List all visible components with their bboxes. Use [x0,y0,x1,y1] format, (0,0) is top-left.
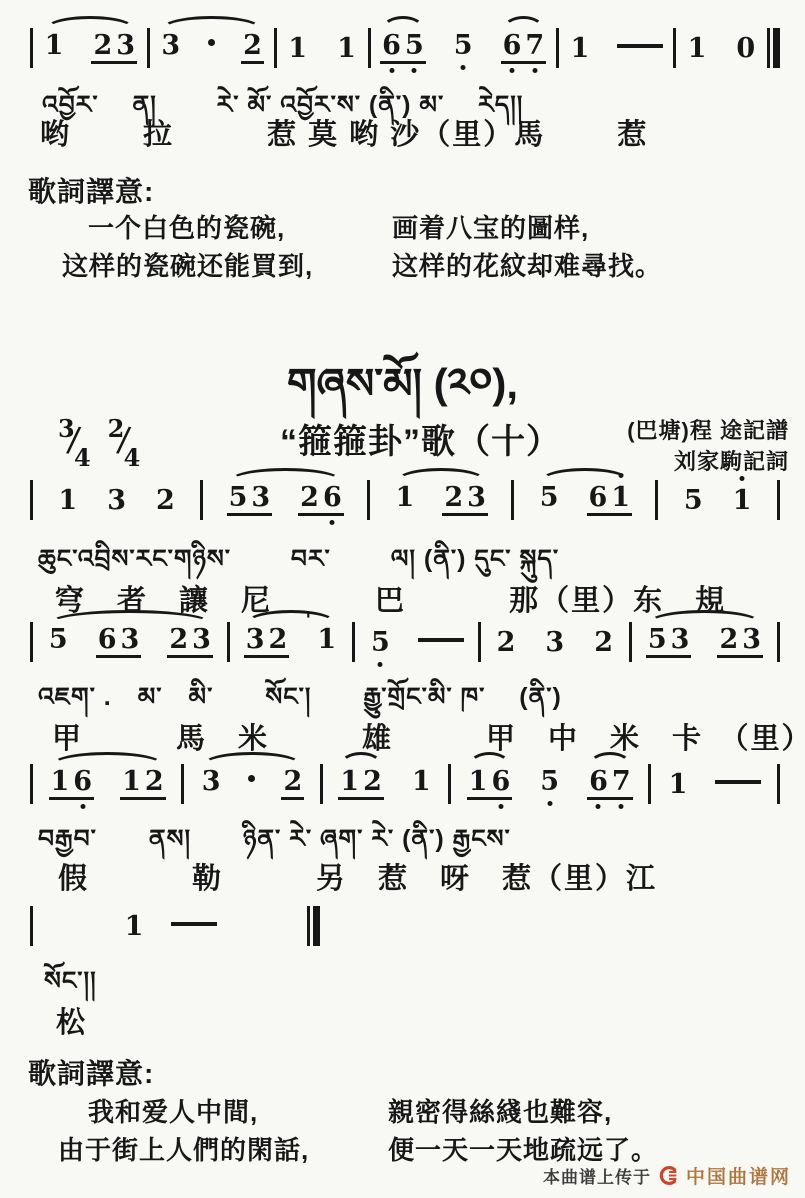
barline [556,28,559,68]
measure: 51 [674,487,762,514]
note-digit: 2 [281,768,304,795]
music-line-4: 1 [30,902,320,950]
note-token: 3 [200,768,223,795]
tick-mark: ' [305,611,311,630]
translation-cell: 由于街上人們的閑話, [58,1130,309,1167]
measure: 321' [236,626,346,658]
watermark-prefix: 本曲谱上传于 [543,1163,651,1188]
low-octave-dot [498,804,503,809]
watermark-site-name: 中国曲谱网 [686,1162,791,1189]
barline [648,764,651,804]
note-token [617,53,663,57]
slur-group: 16 [467,768,513,800]
note-digit: 1 [335,35,358,62]
note-token: 1 [667,771,690,798]
barline [773,28,780,68]
barline [655,480,658,520]
slur-group: 67 [587,768,633,800]
music-line-refrain: 123321165567110 [30,24,780,72]
ts-denominator: 4 [124,443,141,472]
note-token [715,789,761,793]
note-token: 23 [717,626,763,658]
note-token [248,783,255,790]
measure: 32 [151,32,272,64]
note-token: 5 [538,484,561,511]
note-digit: 6 [96,626,119,653]
barline [767,28,770,68]
song-title-chinese: “箍箍卦”歌（十） [280,414,561,463]
slur-group: 1612 [49,768,166,800]
translation-cell: 親密得絲綫也難容, [388,1092,612,1129]
note-token: 2 [154,487,177,514]
measure: 1 [560,35,671,62]
translation-heading-1: 歌詞譯意: [28,170,154,210]
note-token: 3 [159,32,182,59]
note-token: 1 [410,768,433,795]
note-digit: 5 [403,32,426,59]
note-digit: 3 [465,484,488,511]
note-digit: 3 [200,768,223,795]
augmentation-dot [248,775,255,782]
note-token: 5 [682,487,705,514]
barline [511,480,514,520]
note-digit: 6 [587,768,610,795]
note-token: 16 [467,768,513,800]
time-signature-3-4: 3 / 4 [55,416,99,470]
measure: 123 [35,32,145,64]
note-digit: 3 [740,626,763,653]
note-digit: 2 [241,32,264,59]
barline [30,764,33,804]
note-token: 63 [96,626,142,658]
note-digit: 2 [267,626,290,653]
note-dash [617,44,663,48]
translation-cell: 画着八宝的圖样, [392,208,589,245]
note-digit: 6 [501,32,524,59]
note-token [208,47,215,54]
measure: 65567 [372,32,554,64]
measure: 56323 [39,626,221,658]
note-token: 61 [587,484,633,516]
note-digit: 3 [244,626,267,653]
slur-group: 12 [338,768,384,800]
note-token: 3 [543,629,566,656]
note-digit: 5 [452,32,475,59]
note-token: 23 [91,32,137,64]
translation-cell: 这样的花紋却难尋找。 [392,246,662,283]
low-octave-dot [389,68,394,73]
high-octave-dot [740,476,745,481]
note-digit: 3 [114,32,137,59]
note-digit: 1 [394,484,417,511]
note-token: 53 [646,626,692,658]
note-token: 1' [315,626,338,653]
note-digit: 1 [120,768,143,795]
low-octave-dot [596,804,601,809]
note-token [418,647,464,651]
barline [777,622,780,662]
sheet-music-page: 123321165567110 འབྱོར་ ན། རེ་ མོ་ འབྱོར་… [0,0,805,1198]
note-token: 16 [49,768,95,800]
note-digit: 2 [442,484,465,511]
credit-transcriber: (巴塘)程 途記譜 [627,416,789,447]
note-token: 12 [120,768,166,800]
measure: 10 [678,35,766,62]
note-digit: 0 [734,35,757,62]
barline [629,622,632,662]
note-token: 1 [731,487,754,514]
note-token: 67 [587,768,633,800]
translation-cell: 一个白色的瓷碗, [88,208,285,245]
low-octave-dot [619,804,624,809]
measure: 5323 [638,626,771,658]
note-digit: 3 [249,484,272,511]
note-digit: 1 [315,626,338,653]
note-digit: 2 [495,629,518,656]
barline [777,764,780,804]
note-token: 5 [47,626,70,653]
note-digit: 1 [338,768,361,795]
barline [448,764,451,804]
note-token: 5 [369,629,392,656]
music-line-3: 161232121165671 [30,760,780,808]
note-digit: 2 [717,626,740,653]
augmentation-dot [208,39,215,46]
low-octave-dot [330,520,335,525]
credit-lyricist: 刘家駒記詞 [627,447,789,478]
note-token: 0 [734,35,757,62]
barline [320,764,323,804]
barline [274,28,277,68]
note-dash [715,780,761,784]
note-token: 23 [442,484,488,516]
translation-heading-2: 歌詞譯意: [28,1052,154,1092]
note-digit: 2 [154,487,177,514]
note-token: 1 [686,35,709,62]
note-digit: 5 [47,626,70,653]
note-token: 2 [592,629,615,656]
note-digit: 5 [682,487,705,514]
final-barline [767,28,780,68]
note-dash [418,638,464,642]
note-token: 1 [123,913,146,940]
note-digit: 6 [489,768,512,795]
measure: 11 [278,35,366,62]
credits: (巴塘)程 途記譜 刘家駒記詞 [627,416,789,478]
note-digit: 6 [321,484,344,511]
barline [30,480,33,520]
barline [478,622,481,662]
measure: 561 [530,484,640,516]
slur-group: 65 [380,32,426,64]
barline [673,28,676,68]
slur-group: 67 [501,32,547,64]
note-token: 12 [338,768,384,800]
note-digit: 1 [286,35,309,62]
note-digit: 1 [410,768,433,795]
note-digit: 5 [227,484,250,511]
measure: 5 [361,629,472,656]
note-token: 67 [501,32,547,64]
note-token: 2 [241,32,264,64]
barline [227,622,230,662]
note-digit: 3 [543,629,566,656]
note-digit: 5 [369,629,392,656]
note-token: 5 [452,32,475,59]
barline [30,28,33,68]
measure: 1 [659,771,770,798]
note-token: 1 [286,35,309,62]
slur-group: 5326 [227,484,344,516]
note-digit: 1 [56,487,79,514]
barline [30,906,33,946]
note-token: 65 [380,32,426,64]
barline [200,480,203,520]
barline [181,764,184,804]
note-digit: 2 [167,626,190,653]
note-token: 1 [56,487,79,514]
time-signature-2-4: 2 / 4 [105,416,149,470]
note-token: 1 [43,32,66,59]
low-octave-dot [547,801,552,806]
slur-group: 32 [200,768,305,800]
barline [313,906,320,946]
note-token: 1 [394,484,417,511]
note-digit: 3 [159,32,182,59]
low-octave-dot [461,65,466,70]
measure: 121 [330,768,440,800]
note-digit: 3 [190,626,213,653]
final-barline [307,906,320,946]
translation-cell: 这样的瓷碗还能買到, [62,246,313,283]
low-octave-dot [80,804,85,809]
note-digit: 2 [143,768,166,795]
translation-cell: 我和爱人中間, [88,1092,258,1129]
note-token: 32 [244,626,290,658]
note-token: 1 [568,35,591,62]
ts-denominator: 4 [74,443,91,472]
watermark: 本曲谱上传于 中国曲谱网 [543,1162,791,1189]
slur-group: 32 [159,32,264,64]
time-signatures: 3 / 4 2 / 4 [55,416,149,474]
slur-group: 123 [394,484,488,516]
measure: 32 [192,768,313,800]
slur-group: 561 [538,484,632,516]
note-token: 3 [105,487,128,514]
note-digit: 1 [467,768,490,795]
measure: 1612 [41,768,174,800]
note-digit: 1 [609,484,632,511]
note-digit: 3 [669,626,692,653]
measure: 132 [48,487,184,514]
slur-group: 56323 [47,626,213,658]
slur-group: 321' [244,626,338,658]
note-digit: 6 [587,484,610,511]
music-line-1: 132532612356151 [30,476,780,524]
note-digit: 2 [592,629,615,656]
note-token [171,931,217,935]
chinese-lyrics-4: 松 [56,1000,87,1041]
note-digit: 1 [49,768,72,795]
music-line-2: 56323321'52325323 [30,618,780,666]
barline [30,622,33,662]
measure: 232 [487,629,623,656]
note-token: 1 [335,35,358,62]
note-token: 5 [538,768,561,795]
note-digit: 6 [71,768,94,795]
slur-group: 5323 [646,626,763,658]
barline [368,28,371,68]
measure: 16567 [459,768,641,800]
chinese-lyrics-3: 假 勒 另 惹 呀 惹（里）江 [58,856,657,897]
note-digit: 3 [119,626,142,653]
chinese-lyrics-refrain: 哟 拉 惹 莫 哟 沙（里）馬 惹 [40,112,648,153]
barline [777,480,780,520]
note-digit: 1 [731,487,754,514]
note-digit: 7 [523,32,546,59]
note-digit: 1 [667,771,690,798]
high-octave-dot [618,473,623,478]
note-digit: 5 [538,484,561,511]
barline [352,622,355,662]
note-dash [171,922,217,926]
measure: 1 [115,913,226,940]
note-digit: 1 [123,913,146,940]
note-digit: 1 [568,35,591,62]
measure: 123 [386,484,496,516]
quyipu-logo-icon [658,1165,679,1186]
low-octave-dot [509,68,514,73]
note-token: 2 [281,768,304,800]
note-digit: 2 [298,484,321,511]
note-digit: 7 [610,768,633,795]
barline [147,28,150,68]
slur-group: 123 [43,32,137,64]
note-token: 26 [298,484,344,516]
note-token: 2 [495,629,518,656]
note-digit: 5 [538,768,561,795]
note-digit: 6 [380,32,403,59]
low-octave-dot [412,68,417,73]
note-digit: 2 [361,768,384,795]
note-token: 53 [227,484,273,516]
note-token: 23 [167,626,213,658]
note-digit: 1 [686,35,709,62]
chinese-lyrics-2: 甲 馬 米 雄 甲 中 米 卡 （里） [52,716,805,757]
low-octave-dot [532,68,537,73]
low-octave-dot [378,662,383,667]
measure: 5326 [219,484,352,516]
barline [307,906,310,946]
barline [367,480,370,520]
note-digit: 1 [43,32,66,59]
note-digit: 5 [646,626,669,653]
note-digit: 3 [105,487,128,514]
note-digit: 2 [91,32,114,59]
